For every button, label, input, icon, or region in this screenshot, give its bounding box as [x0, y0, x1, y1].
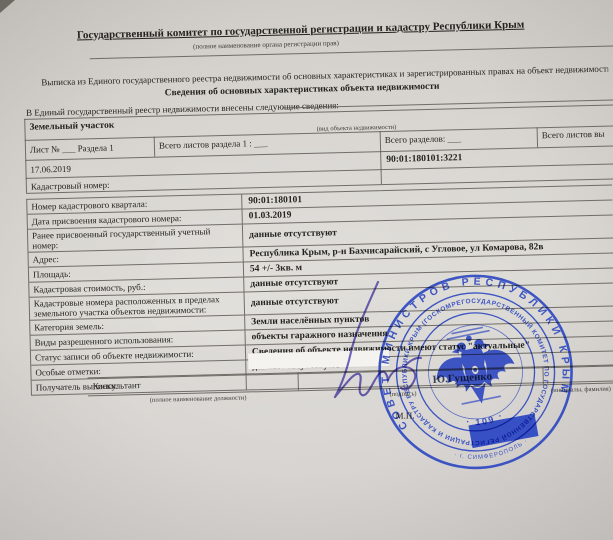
table-line [380, 131, 382, 184]
extract-date: 17.06.2019 [30, 164, 71, 176]
document-page: Государственный комитет по государственн… [0, 0, 613, 540]
sheet-number: Лист № ___ Раздела 1 [30, 143, 114, 156]
table-line [26, 163, 613, 178]
row-value: 01.03.2019 [243, 210, 292, 222]
table-line [537, 127, 538, 147]
row-value: данные отсутствуют [244, 277, 338, 290]
row-value: Земли населённых пунктов [245, 314, 369, 328]
photo-of-document: { "header": { "authority": "Государствен… [0, 0, 613, 540]
row-value: данные отсутствуют [245, 296, 339, 309]
table-line [154, 137, 155, 157]
object-type: Земельный участок [29, 121, 114, 134]
sheets-in-section: Всего листов раздела 1 : ___ [159, 138, 268, 152]
signer-position: Консультант [93, 380, 141, 392]
position-caption: (полное наименование должности) [113, 394, 283, 405]
total-sections: Всего разделов: ___ [385, 133, 462, 146]
table-line [24, 119, 27, 193]
row-value: данные отсутствуют [243, 228, 337, 241]
eagle-emblem [430, 329, 520, 410]
row-value: 54 +/- 3кв. м [244, 263, 302, 275]
cadastral-number-value: 90:01:180101:3221 [386, 153, 462, 166]
row-value: 90:01:180101 [242, 195, 302, 207]
total-sheets: Всего листов вы [542, 129, 605, 142]
